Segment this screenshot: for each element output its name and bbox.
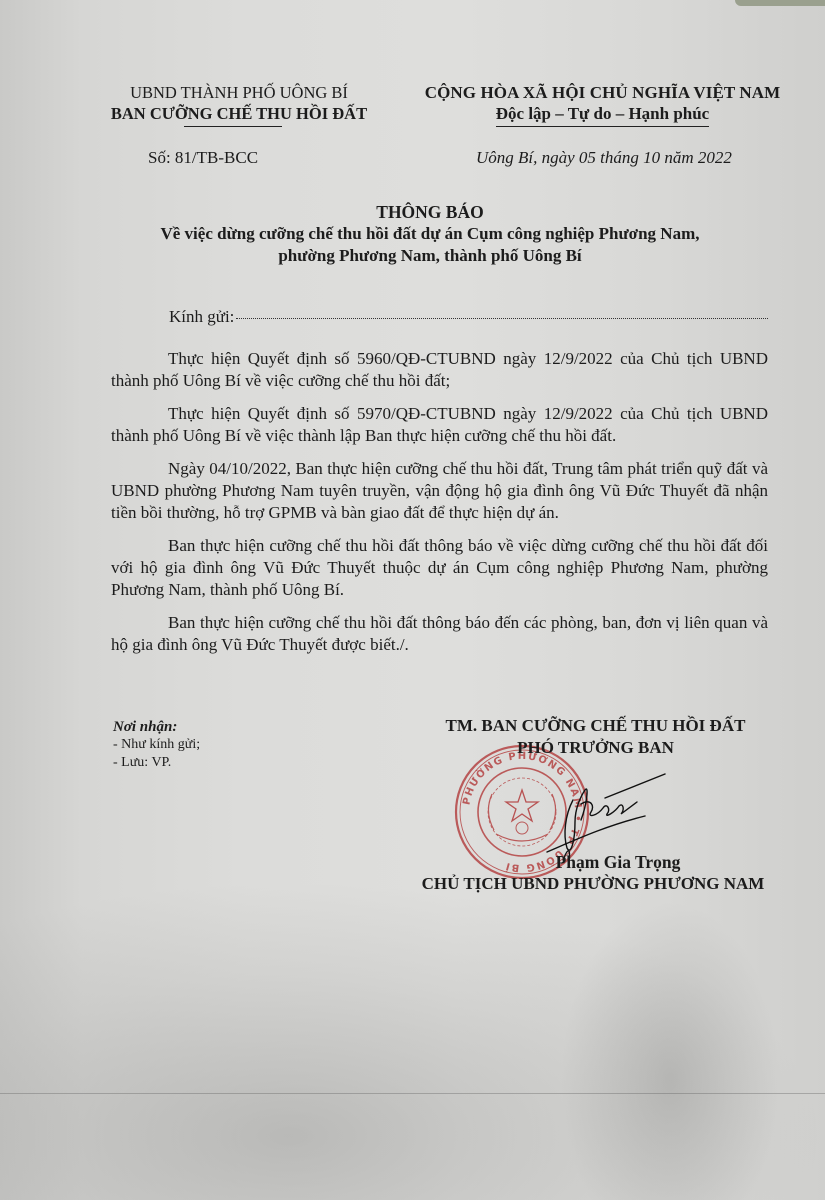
- document-title: THÔNG BÁO Về việc dừng cưỡng chế thu hồi…: [120, 201, 740, 267]
- authority-underline: [184, 126, 282, 127]
- issuing-authority: UBND THÀNH PHỐ UÔNG BÍ BAN CƯỠNG CHẾ THU…: [84, 82, 394, 127]
- paper-shadow: [0, 880, 825, 1200]
- signer-title: CHỦ TỊCH UBND PHƯỜNG PHƯƠNG NAM: [398, 873, 788, 895]
- recipients-block: Nơi nhận: - Như kính gửi; - Lưu: VP.: [113, 718, 200, 772]
- signature-position: PHÓ TRƯỞNG BAN: [398, 737, 793, 759]
- country-name: CỘNG HÒA XÃ HỘI CHỦ NGHĨA VIỆT NAM: [400, 82, 805, 103]
- document-number: Số: 81/TB-BCC: [148, 148, 258, 168]
- motto: Độc lập – Tự do – Hạnh phúc: [496, 103, 709, 127]
- authority-parent: UBND THÀNH PHỐ UÔNG BÍ: [84, 82, 394, 103]
- title-subtitle-line2: phường Phương Nam, thành phố Uông Bí: [120, 245, 740, 267]
- paragraph: Thực hiện Quyết định số 5970/QĐ-CTUBND n…: [111, 403, 768, 447]
- paper-shadow: [560, 900, 780, 1200]
- signature-on-behalf: TM. BAN CƯỠNG CHẾ THU HỒI ĐẤT: [398, 715, 793, 737]
- paragraph: Ngày 04/10/2022, Ban thực hiện cưỡng chế…: [111, 458, 768, 524]
- signature-block: TM. BAN CƯỠNG CHẾ THU HỒI ĐẤT PHÓ TRƯỞNG…: [398, 715, 793, 759]
- salutation: Kính gửi:: [111, 306, 768, 328]
- salutation-blank-line: [236, 317, 768, 319]
- paper-fold-line: [0, 1093, 825, 1094]
- paragraph: Ban thực hiện cưỡng chế thu hồi đất thôn…: [111, 535, 768, 601]
- place-date: Uông Bí, ngày 05 tháng 10 năm 2022: [476, 148, 732, 168]
- background-edge: [735, 0, 825, 6]
- national-motto: CỘNG HÒA XÃ HỘI CHỦ NGHĨA VIỆT NAM Độc l…: [400, 82, 805, 127]
- salutation-label: Kính gửi:: [169, 306, 234, 328]
- signer-name: Phạm Gia Trọng: [398, 851, 825, 873]
- recipient-item: - Như kính gửi;: [113, 736, 200, 754]
- authority-name: BAN CƯỠNG CHẾ THU HỒI ĐẤT: [84, 103, 394, 125]
- paragraph: Ban thực hiện cưỡng chế thu hồi đất thôn…: [111, 612, 768, 656]
- title-main: THÔNG BÁO: [120, 201, 740, 223]
- document-body: Kính gửi: Thực hiện Quyết định số 5960/Q…: [111, 306, 768, 656]
- paragraph: Thực hiện Quyết định số 5960/QĐ-CTUBND n…: [111, 348, 768, 392]
- title-subtitle-line1: Về việc dừng cưỡng chế thu hồi đất dự án…: [120, 223, 740, 245]
- recipient-item: - Lưu: VP.: [113, 754, 200, 772]
- recipients-heading: Nơi nhận:: [113, 718, 200, 736]
